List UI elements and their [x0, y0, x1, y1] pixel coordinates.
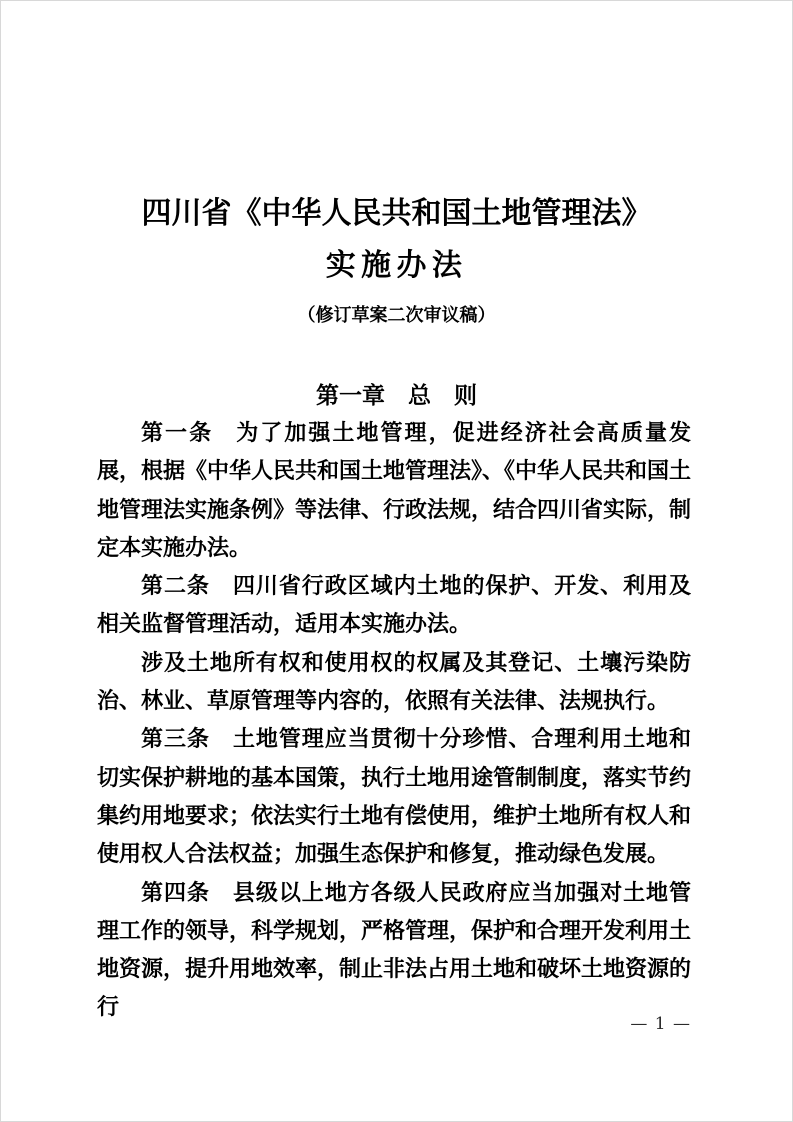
article-label: 第一条 [141, 421, 213, 446]
document-title-line2: 实施办法 [0, 240, 793, 292]
document-body: 第一条为了加强土地管理，促进经济社会高质量发展，根据《中华人民共和国土地管理法》… [97, 415, 691, 1028]
article-label: 第三条 [141, 727, 210, 752]
page-number: — 1 — [630, 1012, 691, 1036]
article-paragraph: 第二条四川省行政区域内土地的保护、开发、利用及相关监督管理活动，适用本实施办法。 [97, 568, 691, 645]
document-page: 四川省《中华人民共和国土地管理法》 实施办法 （修订草案二次审议稿） 第一章 总… [0, 0, 793, 1122]
article-paragraph: 第三条土地管理应当贯彻十分珍惜、合理利用土地和切实保护耕地的基本国策，执行土地用… [97, 721, 691, 874]
article-paragraph: 第四条县级以上地方各级人民政府应当加强对土地管理工作的领导，科学规划，严格管理，… [97, 875, 691, 1028]
article-label: 第四条 [141, 881, 210, 906]
article-label: 第二条 [141, 574, 210, 599]
article-text: 涉及土地所有权和使用权的权属及其登记、土壤污染防治、林业、草原管理等内容的，依照… [97, 651, 691, 714]
document-title: 四川省《中华人民共和国土地管理法》 实施办法 [0, 188, 793, 292]
document-subtitle: （修订草案二次审议稿） [0, 304, 793, 328]
article-paragraph: 第一条为了加强土地管理，促进经济社会高质量发展，根据《中华人民共和国土地管理法》… [97, 415, 691, 568]
article-paragraph: 涉及土地所有权和使用权的权属及其登记、土壤污染防治、林业、草原管理等内容的，依照… [97, 645, 691, 722]
chapter-heading: 第一章 总 则 [0, 381, 793, 411]
document-title-line1: 四川省《中华人民共和国土地管理法》 [0, 188, 793, 240]
